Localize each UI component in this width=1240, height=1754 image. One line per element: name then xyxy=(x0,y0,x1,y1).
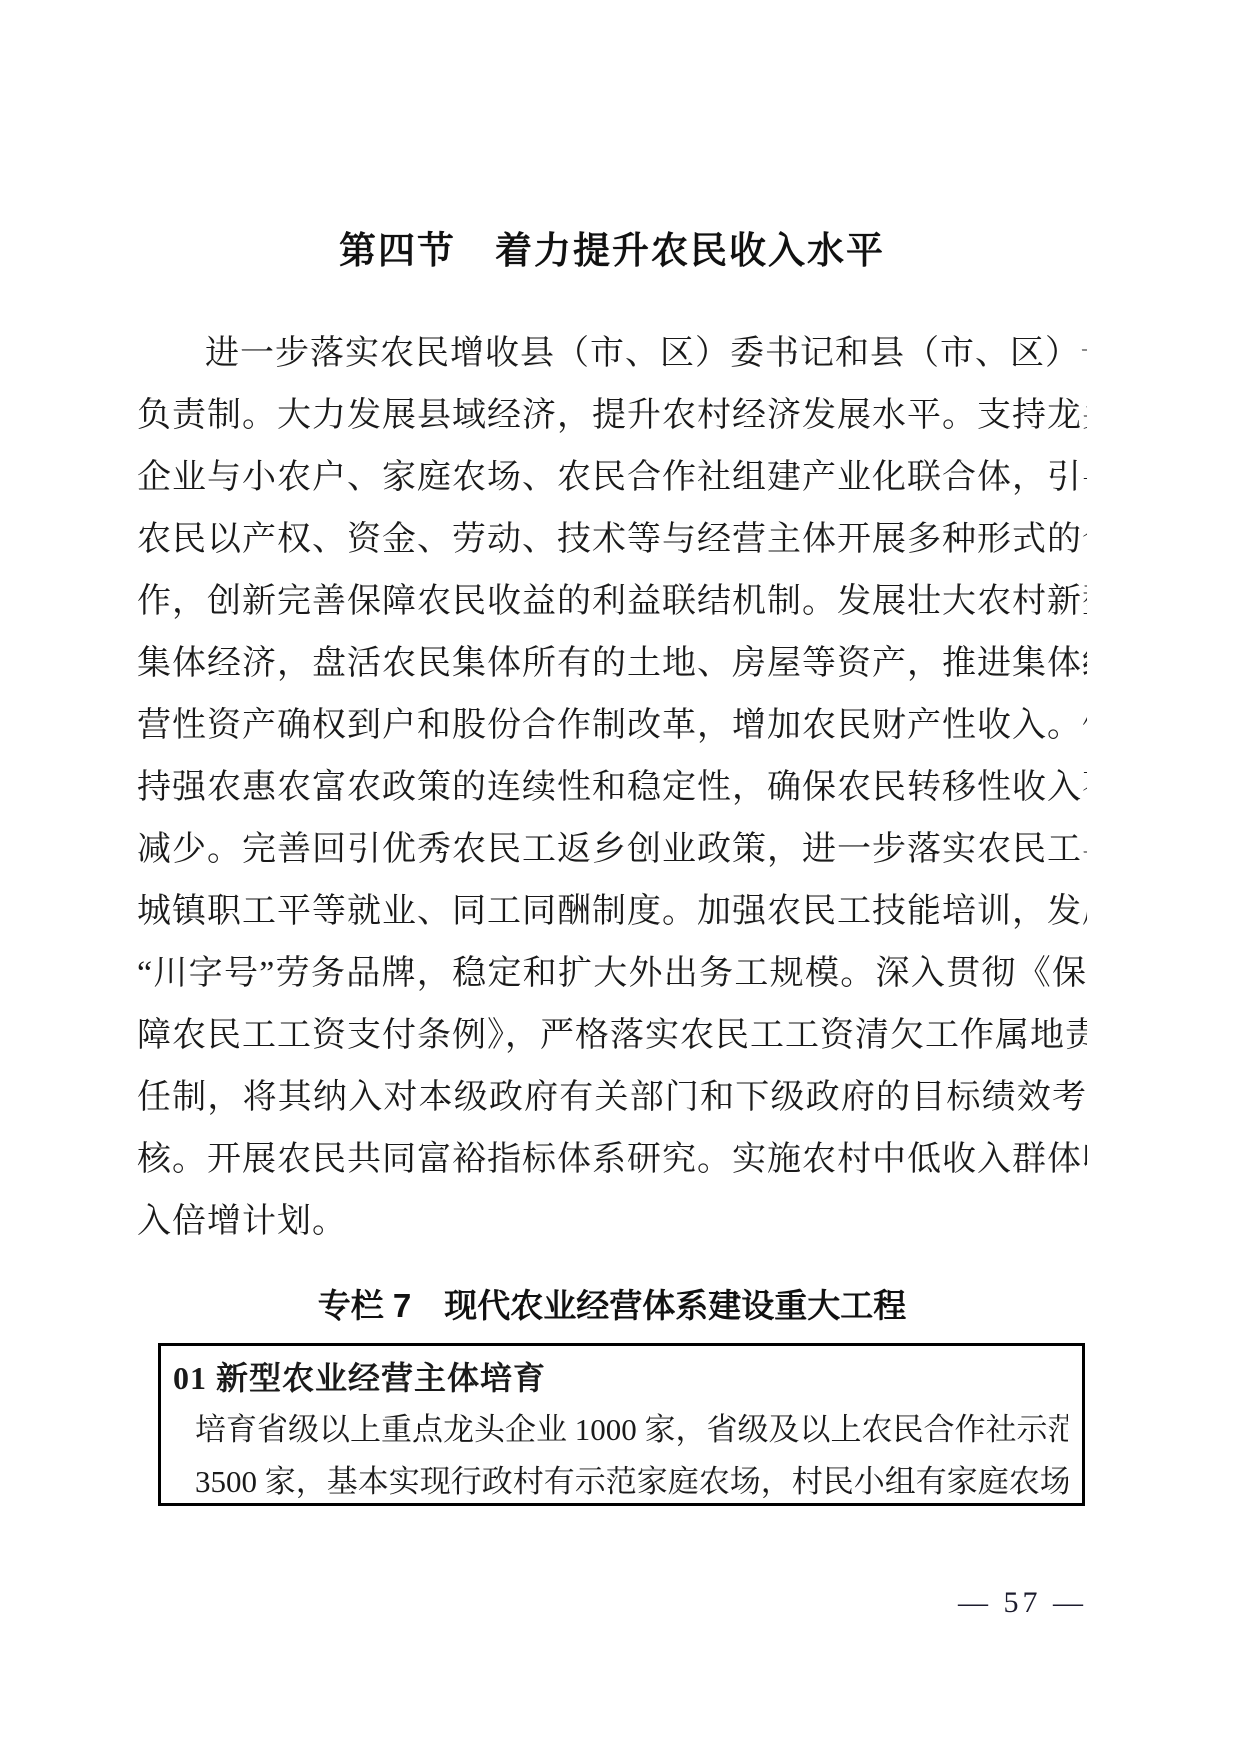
body-line: 障农民工工资支付条例》，严格落实农民工工资清欠工作属地责 xyxy=(137,1005,1087,1067)
body-line: 减少。完善回引优秀农民工返乡创业政策，进一步落实农民工与 xyxy=(137,819,1087,881)
body-line: 营性资产确权到户和股份合作制改革，增加农民财产性收入。保 xyxy=(137,695,1087,757)
body-line: 核。开展农民共同富裕指标体系研究。实施农村中低收入群体收 xyxy=(137,1129,1087,1191)
body-line: 城镇职工平等就业、同工同酬制度。加强农民工技能培训，发展 xyxy=(137,881,1087,943)
body-paragraph: 进一步落实农民增收县（市、区）委书记和县（市、区）长 负责制。大力发展县域经济，… xyxy=(137,323,1087,1253)
column-box-line: 3500 家，基本实现行政村有示范家庭农场，村民小组有家庭农场,每 xyxy=(195,1456,1068,1506)
body-line: 农民以产权、资金、劳动、技术等与经营主体开展多种形式的合 xyxy=(137,509,1087,571)
body-line: 入倍增计划。 xyxy=(137,1191,1087,1253)
body-line: 负责制。大力发展县域经济，提升农村经济发展水平。支持龙头 xyxy=(137,385,1087,447)
section-title: 第四节 着力提升农民收入水平 xyxy=(137,220,1087,274)
page-number: — 57 — xyxy=(958,1586,1087,1620)
column-box-item-text: 培育省级以上重点龙头企业 1000 家，省级及以上农民合作社示范社 3500 家… xyxy=(195,1404,1068,1506)
body-line: 进一步落实农民增收县（市、区）委书记和县（市、区）长 xyxy=(137,323,1087,385)
body-line: “川字号”劳务品牌，稳定和扩大外出务工规模。深入贯彻《保 xyxy=(137,943,1087,1005)
column-box: 01 新型农业经营主体培育 培育省级以上重点龙头企业 1000 家，省级及以上农… xyxy=(158,1343,1085,1506)
body-line: 集体经济，盘活农民集体所有的土地、房屋等资产，推进集体经 xyxy=(137,633,1087,695)
body-line: 企业与小农户、家庭农场、农民合作社组建产业化联合体，引导 xyxy=(137,447,1087,509)
column-box-line: 培育省级以上重点龙头企业 1000 家，省级及以上农民合作社示范社 xyxy=(195,1404,1068,1456)
column-heading: 专栏 7 现代农业经营体系建设重大工程 xyxy=(137,1280,1087,1327)
body-line: 持强农惠农富农政策的连续性和稳定性，确保农民转移性收入不 xyxy=(137,757,1087,819)
column-box-item-title: 01 新型农业经营主体培育 xyxy=(173,1358,1072,1398)
document-page: 第四节 着力提升农民收入水平 进一步落实农民增收县（市、区）委书记和县（市、区）… xyxy=(0,0,1240,1754)
body-line: 任制，将其纳入对本级政府有关部门和下级政府的目标绩效考 xyxy=(137,1067,1087,1129)
body-line: 作，创新完善保障农民收益的利益联结机制。发展壮大农村新型 xyxy=(137,571,1087,633)
